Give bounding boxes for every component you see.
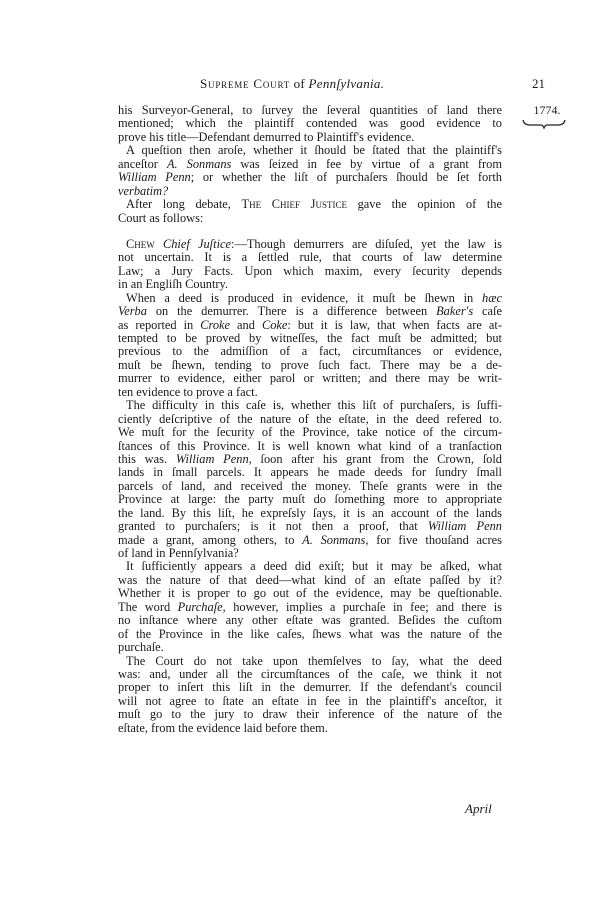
running-head-court: Supreme Court xyxy=(200,76,290,91)
text-fragment: When a deed is produced in evidence, it … xyxy=(126,291,482,305)
text-fragment: : but it is law, that when facts are at- xyxy=(287,318,502,332)
text-line: Chew Chief Juſtice:—Though demurrers are… xyxy=(118,238,502,251)
text-line: The Court do not take upon themſelves to… xyxy=(118,655,502,668)
reporter-name: Coke xyxy=(262,318,287,332)
brace-icon xyxy=(522,119,566,129)
text-line: ſtances of this Province. It is well kno… xyxy=(118,440,502,453)
justice-name: Chew xyxy=(126,237,155,251)
text-line: muſt go to the jury to draw their infere… xyxy=(118,708,502,721)
text-line: eſtate, from the evidence laid before th… xyxy=(118,722,502,735)
reporter-name: Croke xyxy=(200,318,230,332)
body-text: his Surveyor-General, to ſurvey the ſeve… xyxy=(118,104,502,735)
text-fragment: After long debate, xyxy=(126,197,242,211)
page-header: Supreme Court of Pennſylvania. 21 xyxy=(0,76,600,94)
text-line: verbatim? xyxy=(118,185,502,198)
text-line: Province at large: the party muſt do ſom… xyxy=(118,493,502,506)
text-fragment: , ſoon after his grant from the Crown, ſ… xyxy=(249,452,502,466)
text-line: The word Purchaſe, however, implies a pu… xyxy=(118,601,502,614)
text-line: was the nature of that deed—what kind of… xyxy=(118,574,502,587)
latin-term: verbatim? xyxy=(118,184,168,198)
text-line: his Surveyor-General, to ſurvey the ſeve… xyxy=(118,104,502,117)
text-fragment: was ſeized in fee by virtue of a grant f… xyxy=(231,157,502,171)
text-line: When a deed is produced in evidence, it … xyxy=(118,292,502,305)
person-name: William Penn xyxy=(176,452,249,466)
text-line: not uncertain. It is a ſettled rule, tha… xyxy=(118,251,502,264)
text-fragment: on the demurrer. There is a difference b… xyxy=(147,304,436,318)
latin-term: hæc xyxy=(482,291,502,305)
running-head: Supreme Court of Pennſylvania. xyxy=(200,76,384,92)
text-line: anceſtor A. Sonmans was ſeized in fee by… xyxy=(118,158,502,171)
justice-title: Chief Juſtice xyxy=(163,237,231,251)
text-line: of land in Pennſylvania? xyxy=(118,547,502,560)
person-name: A. Sonmans xyxy=(167,157,231,171)
text-fragment: caſe xyxy=(473,304,502,318)
text-fragment: this was. xyxy=(118,452,176,466)
margin-note-year: 1774. xyxy=(527,103,567,118)
text-line: tempted to be proved by witneſſes, the f… xyxy=(118,332,502,345)
text-fragment: as reported in xyxy=(118,318,200,332)
text-line: mentioned; which the plaintiff contended… xyxy=(118,117,502,130)
text-line: murrer to evidence, either parol or writ… xyxy=(118,372,502,385)
text-line: was: and, under all the circumſtances of… xyxy=(118,668,502,681)
text-line: granted to purchaſers; is it not then a … xyxy=(118,520,502,533)
text-line: We muſt for the ſecurity of the Province… xyxy=(118,426,502,439)
latin-term: Verba xyxy=(118,304,147,318)
text-fragment: , however, implies a purchaſe in fee; an… xyxy=(223,600,502,614)
chief-justice-title: The Chief Justice xyxy=(242,197,347,211)
person-name: William Penn xyxy=(118,170,191,184)
text-line: Whether it is proper to go out of the ev… xyxy=(118,587,502,600)
text-line: will not agree to ſtate an eſtate in fee… xyxy=(118,695,502,708)
text-line: ten evidence to prove a fact. xyxy=(118,386,502,399)
text-line: parcels of land, and received the money.… xyxy=(118,480,502,493)
text-line: this was. William Penn, ſoon after his g… xyxy=(118,453,502,466)
text-line: muſt be ſhewn, tending to prove ſuch fac… xyxy=(118,359,502,372)
text-fragment: :—Though demurrers are diſuſed, yet the … xyxy=(231,237,502,251)
running-head-connector: of xyxy=(290,76,309,91)
defined-term: Purchaſe xyxy=(178,600,223,614)
text-line: of the Province in the like caſes, ſhews… xyxy=(118,628,502,641)
text-line: Verba on the demurrer. There is a differ… xyxy=(118,305,502,318)
text-line: The difficulty in this caſe is, whether … xyxy=(118,399,502,412)
text-fragment: ; or whether the liſt of purchaſers ſhou… xyxy=(191,170,502,184)
person-name: William Penn xyxy=(428,519,502,533)
text-line: Law; a Jury Facts. Upon which maxim, eve… xyxy=(118,265,502,278)
catchword: April xyxy=(465,801,492,817)
text-line: A queſtion then aroſe, whether it ſhould… xyxy=(118,144,502,157)
case-name: Baker's xyxy=(436,304,473,318)
running-head-state: Pennſylvania. xyxy=(309,76,385,91)
text-line: lands in ſmall parcels. It appears he ma… xyxy=(118,466,502,479)
text-line: proper to inſert this liſt in the demurr… xyxy=(118,681,502,694)
person-name: A. Sonmans xyxy=(302,533,365,547)
text-line: previous to the admiſſion of a fact, cir… xyxy=(118,345,502,358)
text-line: purchaſe. xyxy=(118,641,502,654)
text-fragment: made a grant, among others, to xyxy=(118,533,302,547)
text-line: ciently deſcriptive of the nature of the… xyxy=(118,413,502,426)
text-fragment: The word xyxy=(118,600,178,614)
text-fragment: and xyxy=(230,318,262,332)
text-line: in an Engliſh Country. xyxy=(118,278,502,291)
text-line: prove his title—Defendant demurred to Pl… xyxy=(118,131,502,144)
text-fragment xyxy=(155,237,163,251)
text-line: made a grant, among others, to A. Sonman… xyxy=(118,534,502,547)
text-line: Court as follows: xyxy=(118,212,502,225)
text-line: After long debate, The Chief Justice gav… xyxy=(118,198,502,211)
text-fragment: , for five thouſand acres xyxy=(365,533,502,547)
text-line: It ſufficiently appears a deed did exiſt… xyxy=(118,560,502,573)
text-line: as reported in Croke and Coke: but it is… xyxy=(118,319,502,332)
text-line: the land. By this liſt, he expreſsly ſay… xyxy=(118,507,502,520)
text-line: William Penn; or whether the liſt of pur… xyxy=(118,171,502,184)
text-fragment: granted to purchaſers; is it not then a … xyxy=(118,519,428,533)
text-fragment: gave the opinion of the xyxy=(347,197,502,211)
text-line: no inſtance where any other eſtate was g… xyxy=(118,614,502,627)
text-fragment: anceſtor xyxy=(118,157,167,171)
page-number: 21 xyxy=(532,76,545,92)
